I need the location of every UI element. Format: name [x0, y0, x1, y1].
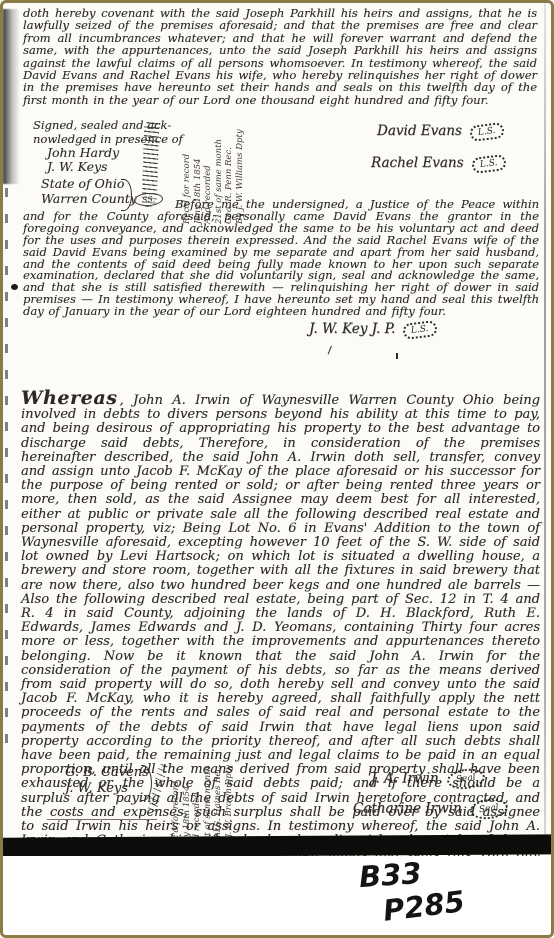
stray-pen-mark [328, 346, 339, 357]
seal-stamp: Seal [469, 797, 509, 821]
justice-signature-row: J. W. Key J. P.L.S. [309, 321, 437, 338]
signature-row: David EvansL.S. [377, 123, 503, 140]
scan-ink-dot [11, 284, 18, 290]
ls-seal: L.S. [402, 320, 437, 340]
scan-binding-smudge [3, 9, 20, 184]
attestation-line: Signed, sealed and ack- [33, 119, 183, 133]
recorder-note: Rec'd for record Jany 18th 1854 And reco… [171, 739, 231, 851]
deed1-paragraph: doth hereby covenant with the said Josep… [23, 7, 537, 106]
signature-row: Rachel EvansL.S. [371, 155, 505, 172]
witness-name: John Hardy [33, 146, 183, 160]
seal-stamp: Seal [446, 767, 486, 791]
deed2-lead-word: Whereas [21, 387, 120, 409]
signature-name: Catharine Irwin [353, 801, 462, 817]
acknowledgment-paragraph: Before me the undersigned, a Justice of … [23, 199, 539, 318]
witness-name: J. W. Keys [65, 781, 149, 797]
scan-edge-marks [5, 188, 8, 748]
document-scan: doth hereby covenant with the said Josep… [0, 0, 554, 938]
signature-row: Catharine IrwinSeal [353, 799, 507, 819]
book-number-annotation: B33 [358, 856, 423, 894]
scan-page-edge-line [544, 3, 546, 841]
signature-name: J. A. Irwin [371, 771, 439, 787]
witness-name: G. B. Cavens [65, 765, 149, 781]
pen-rule [47, 819, 157, 820]
signature-name: Rachel Evans [371, 155, 464, 171]
signature-row: J. A. IrwinSeal [371, 769, 484, 789]
deed2-witnesses: G. B. Cavens J. W. Keys [65, 765, 149, 797]
bottom-margin [3, 856, 554, 938]
deed1-attestation: Signed, sealed and ack- nowledged in pre… [33, 119, 183, 173]
attestation-line: nowledged in presence of [33, 133, 183, 147]
scan-black-bar [3, 834, 554, 857]
justice-signature: J. W. Key J. P. [309, 321, 395, 337]
signature-name: David Evans [377, 123, 462, 139]
stray-pen-mark [396, 353, 398, 359]
witness-name: J. W. Keys [33, 160, 183, 174]
ls-seal: L.S. [471, 154, 506, 174]
ls-seal: L.S. [469, 122, 504, 142]
